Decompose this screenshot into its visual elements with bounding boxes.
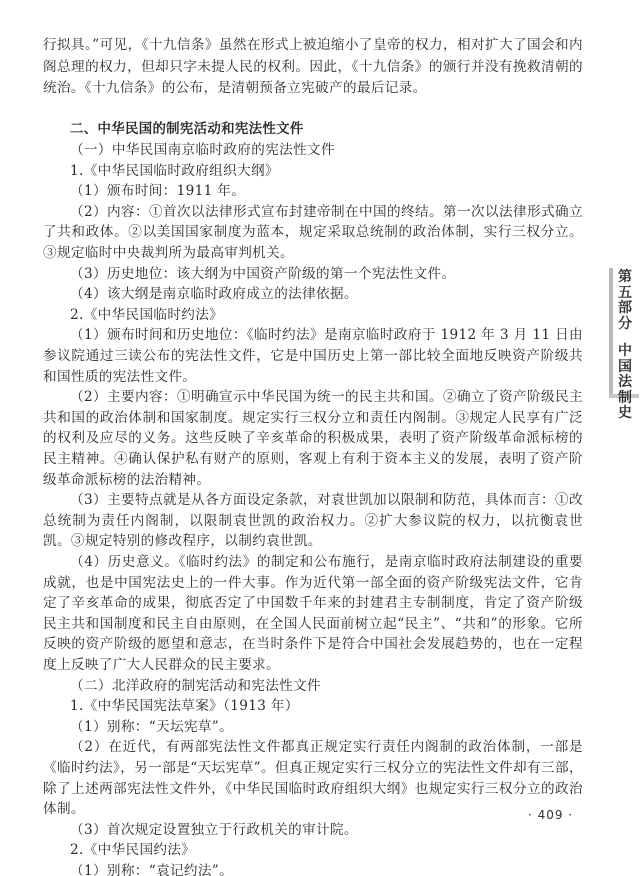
subsection-heading: （一）中华民国南京临时政府的宪法性文件 (43, 140, 583, 161)
list-item: （3）首次规定设置独立于行政机关的审计院。 (43, 820, 583, 841)
page-number: · 409 · (528, 808, 573, 822)
list-item: （1）颁布时间和历史地位：《临时约法》是南京临时政府于 1912 年 3 月 1… (43, 325, 583, 387)
list-item: （3）主要特点就是从各方面设定条款，对袁世凯加以限制和防范，具体而言：①改总统制… (43, 490, 583, 552)
side-tab-char: 国 (616, 360, 634, 376)
side-tab-char: 制 (616, 391, 634, 407)
side-tab-char: 分 (616, 317, 634, 333)
side-tab-char: 五 (616, 286, 634, 302)
list-item: （2）主要内容：①明确宣示中华民国为统一的民主共和国。②确立了资产阶级民主共和国… (43, 387, 583, 490)
list-item: （2）内容：①首次以法律形式宣布封建帝制在中国的终结。第一次以法律形式确立了共和… (43, 202, 583, 264)
document-title: 2.《中华民国临时约法》 (43, 305, 583, 326)
document-title: 1.《中华民国宪法草案》（1913 年） (43, 696, 583, 717)
list-item: （2）在近代，有两部宪法性文件都真正规定实行责任内阁制的政治体制，一部是《临时约… (43, 737, 583, 819)
subsection-heading: （二）北洋政府的制宪活动和宪法性文件 (43, 676, 583, 697)
list-item: （1）颁布时间：1911 年。 (43, 181, 583, 202)
list-item: （4）该大纲是南京临时政府成立的法律依据。 (43, 284, 583, 305)
chapter-side-tab: 第 五 部 分 中 国 法 制 史 (609, 268, 639, 400)
list-item: （4）历史意义。《临时约法》的制定和公布施行，是南京临时政府法制建设的重要成就，… (43, 552, 583, 676)
document-title: 2.《中华民国约法》 (43, 840, 583, 861)
list-item: （3）历史地位：该大纲为中国资产阶级的第一个宪法性文件。 (43, 264, 583, 285)
section-heading: 二、中华民国的制宪活动和宪法性文件 (43, 120, 583, 141)
side-tab-char: 中 (616, 344, 634, 360)
side-tab-char: 部 (616, 301, 634, 317)
document-title: 1.《中华民国临时政府组织大纲》 (43, 161, 583, 182)
side-tab-char: 史 (616, 406, 634, 422)
side-tab-label: 第 五 部 分 中 国 法 制 史 (616, 270, 634, 422)
intro-paragraph: 行拟具。”可见，《十九信条》虽然在形式上被迫缩小了皇帝的权力，相对扩大了国会和内… (43, 35, 583, 100)
side-tab-bar (609, 268, 613, 396)
side-tab-char: 法 (616, 375, 634, 391)
page-body: 行拟具。”可见，《十九信条》虽然在形式上被迫缩小了皇帝的权力，相对扩大了国会和内… (43, 35, 583, 876)
list-item: （1）别称：“袁记约法”。 (43, 861, 583, 876)
side-tab-char: 第 (616, 270, 634, 286)
list-item: （1）别称：“天坛宪草”。 (43, 717, 583, 738)
